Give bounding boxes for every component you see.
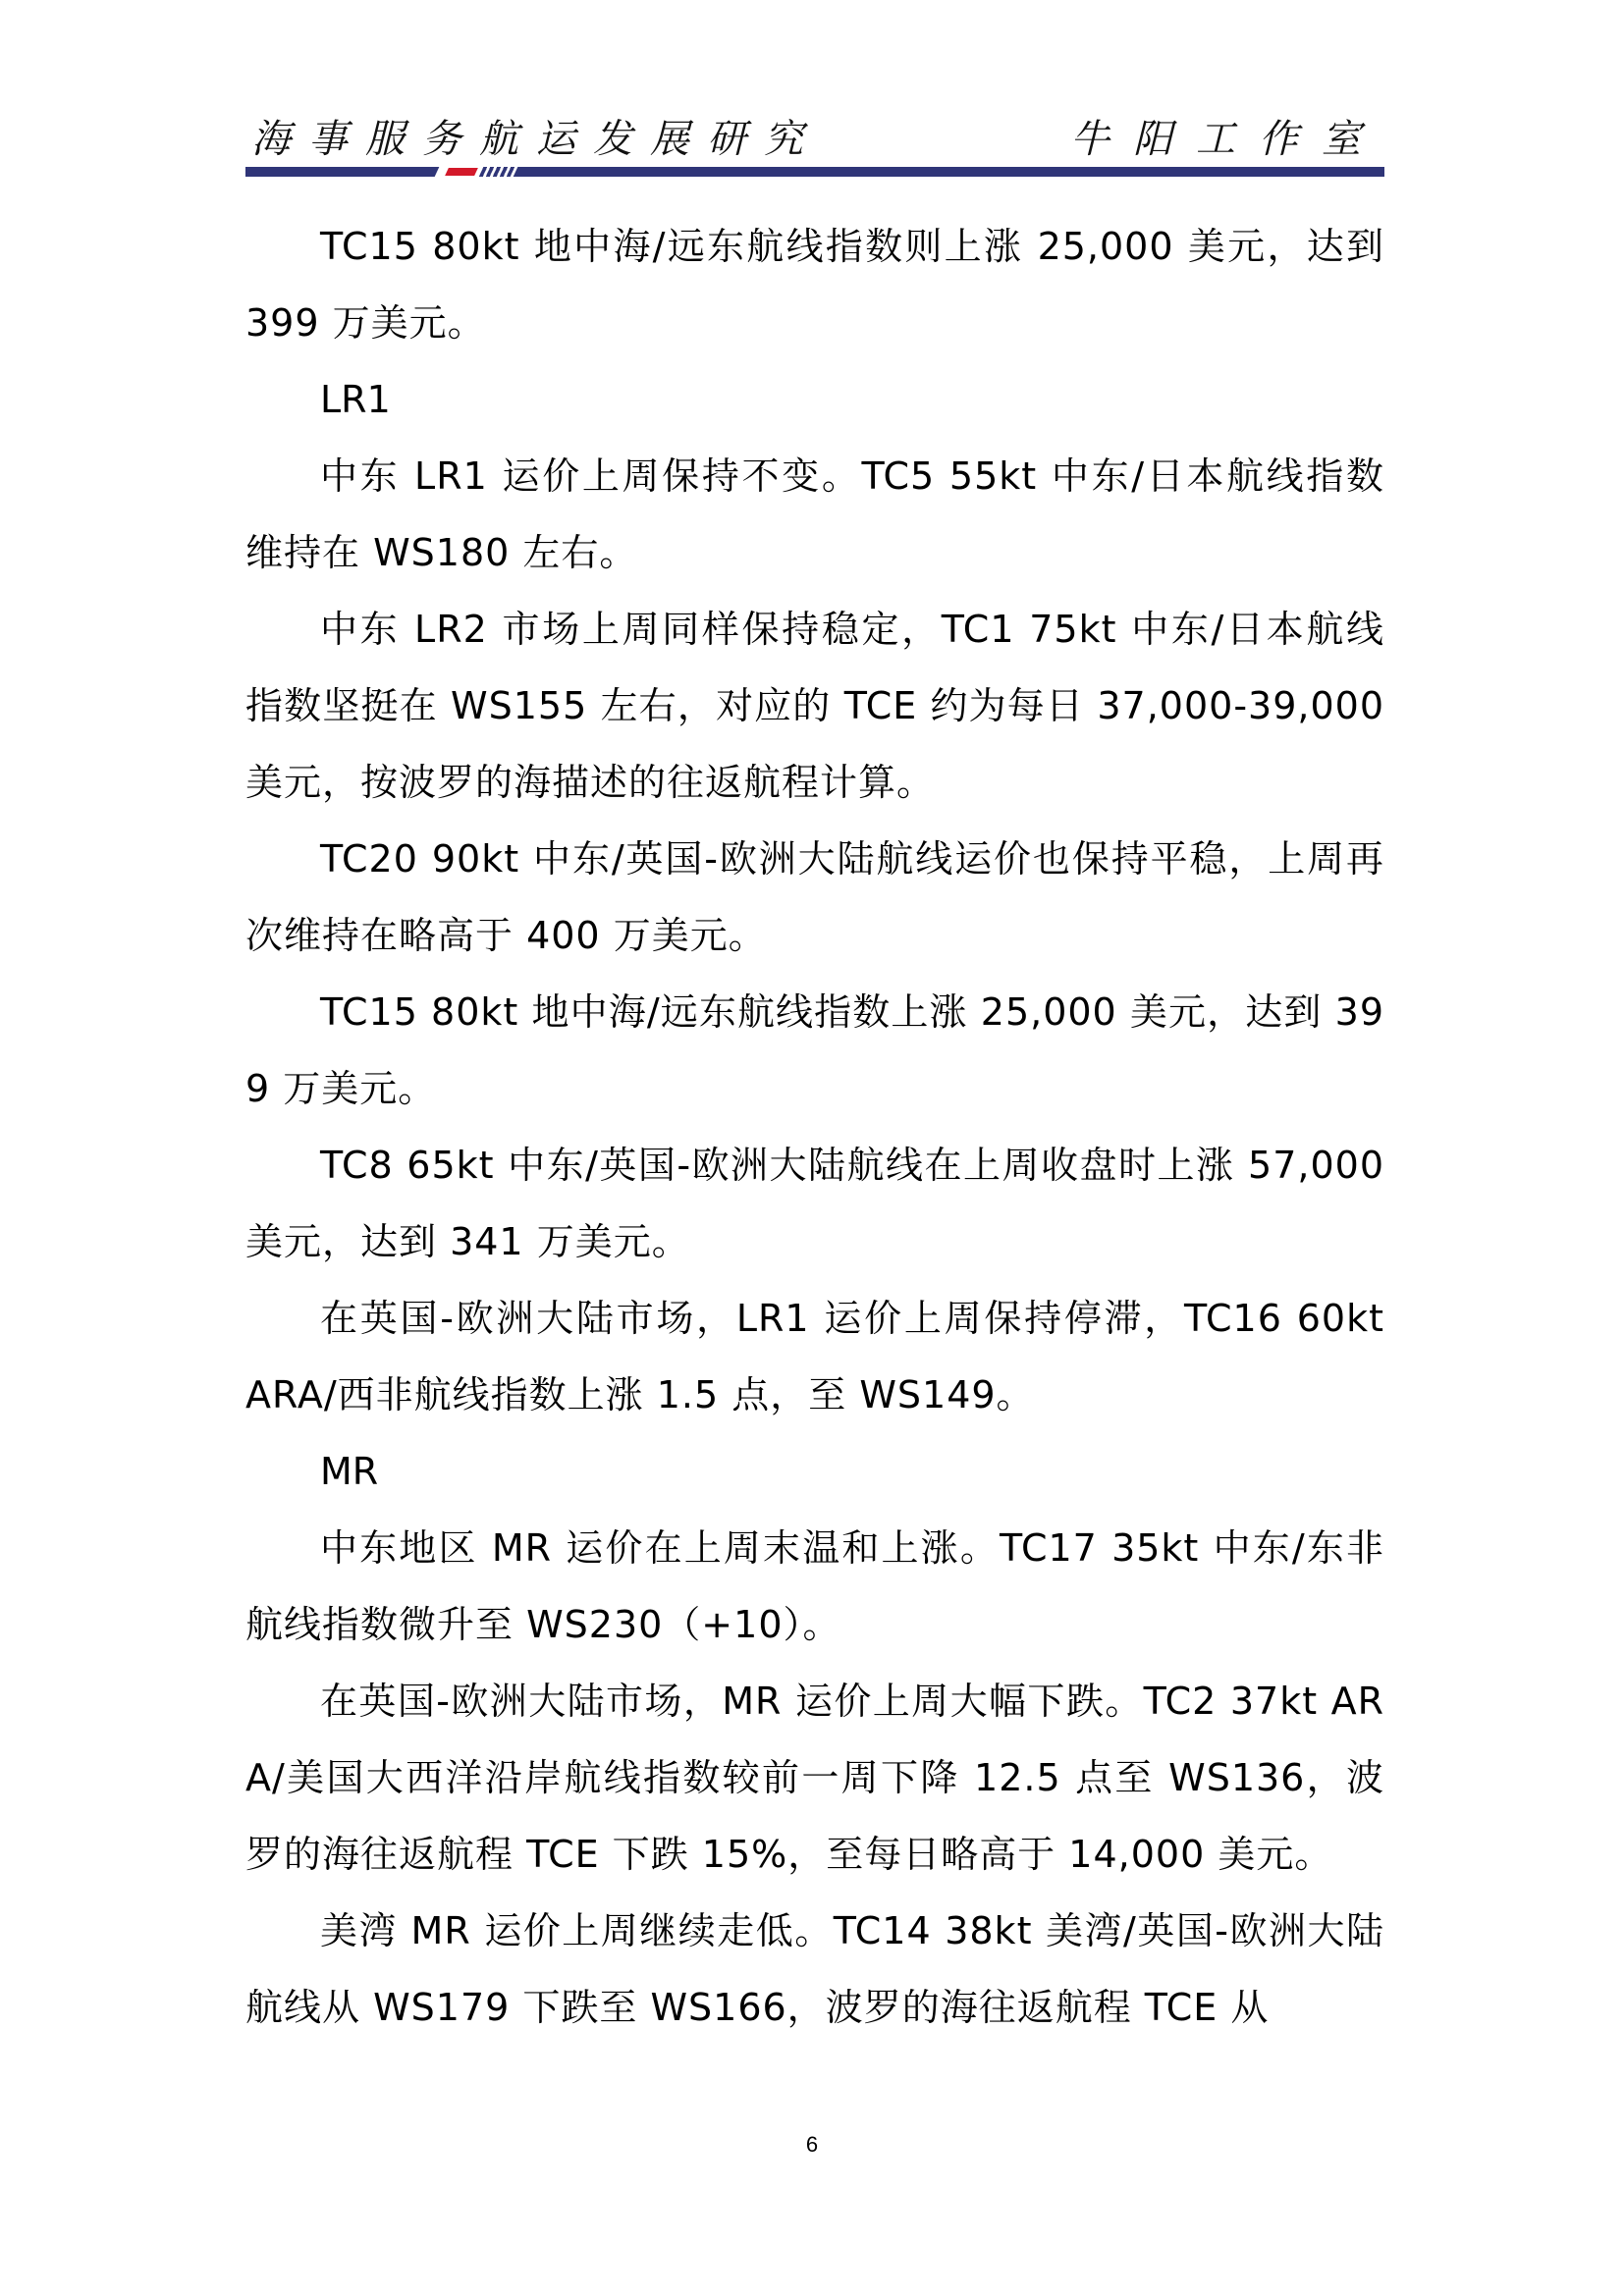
document-body: TC15 80kt 地中海/远东航线指数则上涨 25,000 美元，达到 399… bbox=[245, 208, 1384, 2046]
paragraph-mr-us-gulf: 美湾 MR 运价上周继续走低。TC14 38kt 美湾/英国-欧洲大陆航线从 W… bbox=[245, 1893, 1384, 2046]
paragraph-tc20: TC20 90kt 中东/英国-欧洲大陆航线运价也保持平稳，上周再次维持在略高于… bbox=[245, 821, 1384, 974]
paragraph-tc15-intro: TC15 80kt 地中海/远东航线指数则上涨 25,000 美元，达到 399… bbox=[245, 208, 1384, 361]
page-number: 6 bbox=[0, 2132, 1624, 2158]
header-right-title: 牛阳工作室 bbox=[1070, 108, 1384, 164]
paragraph-tc8: TC8 65kt 中东/英国-欧洲大陆航线在上周收盘时上涨 57,000 美元，… bbox=[245, 1127, 1384, 1280]
paragraph-lr1-middle-east: 中东 LR1 运价上周保持不变。TC5 55kt 中东/日本航线指数维持在 WS… bbox=[245, 438, 1384, 591]
paragraph-mr-uk-continent: 在英国-欧洲大陆市场，MR 运价上周大幅下跌。TC2 37kt ARA/美国大西… bbox=[245, 1663, 1384, 1893]
section-heading-lr1: LR1 bbox=[245, 361, 1384, 438]
header-left-title: 海事服务航运发展研究 bbox=[251, 108, 821, 164]
header-bar-navy-stripes bbox=[479, 167, 515, 177]
paragraph-mr-middle-east: 中东地区 MR 运价在上周末温和上涨。TC17 35kt 中东/东非航线指数微升… bbox=[245, 1510, 1384, 1663]
section-heading-mr: MR bbox=[245, 1433, 1384, 1510]
paragraph-tc16: 在英国-欧洲大陆市场，LR1 运价上周保持停滞，TC16 60kt ARA/西非… bbox=[245, 1280, 1384, 1433]
paragraph-lr2-middle-east: 中东 LR2 市场上周同样保持稳定，TC1 75kt 中东/日本航线指数坚挺在 … bbox=[245, 591, 1384, 821]
header-bar-red-stripe bbox=[445, 168, 478, 176]
header-divider-bar bbox=[245, 167, 1384, 177]
paragraph-tc15: TC15 80kt 地中海/远东航线指数上涨 25,000 美元，达到 399 … bbox=[245, 974, 1384, 1127]
